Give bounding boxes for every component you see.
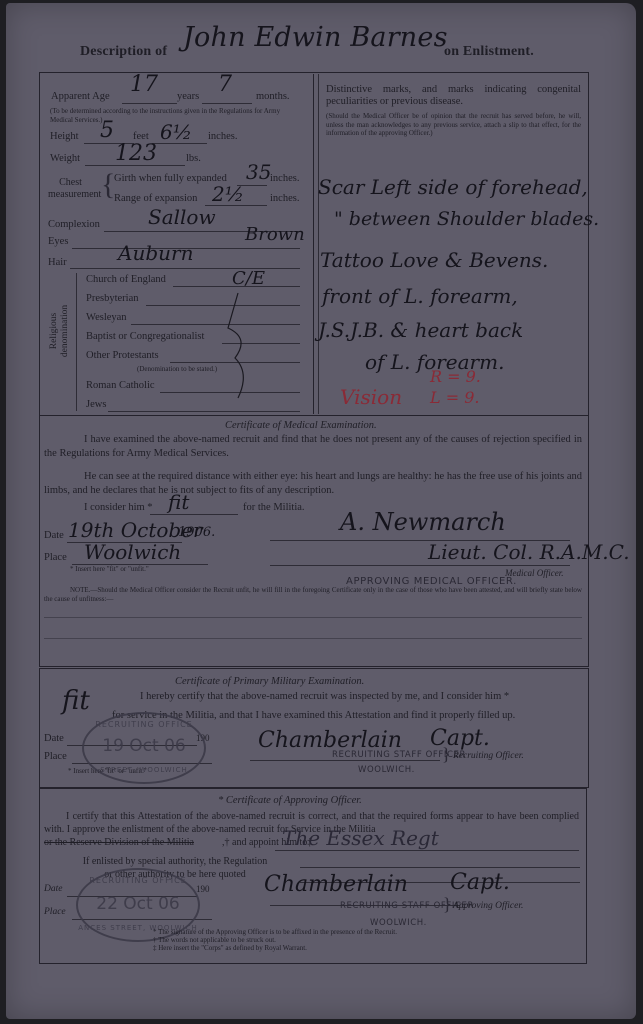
religion-label: Baptist or Congregationalist — [86, 331, 204, 342]
vision-right: R = 9. — [430, 367, 481, 386]
medical-signature-title: Lieut. Col. R.A.M.C. — [428, 540, 630, 564]
denomination-note: (Denomination to be stated.) — [137, 365, 217, 374]
lbs-label: lbs. — [186, 153, 201, 164]
marks-heading: Distinctive marks, and marks indicating … — [326, 84, 581, 108]
consider-label: I consider him * — [84, 502, 153, 513]
marks-note: (Should the Medical Officer be of opinio… — [326, 112, 581, 138]
approving-heading: * Certificate of Approving Officer. — [218, 795, 362, 806]
medical-para2: He can see at the required distance with… — [44, 470, 582, 497]
column-divider — [313, 74, 314, 414]
complexion-value: Sallow — [148, 205, 216, 229]
range-label: Range of expansion — [114, 193, 197, 204]
footnote: ‡ Here insert the "Corps" as defined by … — [153, 944, 307, 953]
recruit-name: John Edwin Barnes — [183, 22, 448, 53]
chest-label: Chest measurement — [48, 177, 93, 201]
hair-label: Hair — [48, 257, 67, 268]
months-label: months. — [256, 91, 290, 102]
vision-label: Vision — [340, 385, 402, 409]
approving-signature-rank: Capt. — [450, 870, 510, 895]
medical-heading: Certificate of Medical Examination. — [225, 420, 377, 431]
consider-value: fit — [168, 490, 189, 514]
inches-label: inches. — [208, 131, 237, 142]
weight-value: 123 — [115, 141, 157, 166]
approving-signature: Chamberlain — [264, 872, 408, 897]
religion-side-label: Religious denomination — [49, 291, 71, 371]
marks-line: " between Shoulder blades. — [334, 208, 599, 230]
column-divider-2 — [318, 74, 319, 414]
years-label: years — [177, 91, 199, 102]
vision-left: L = 9. — [430, 388, 479, 407]
weight-label: Weight — [50, 153, 80, 164]
marks-line: Tattoo Love & Bevens. — [320, 248, 548, 272]
appoint-value: The Essex Regt — [282, 826, 439, 850]
eyes-value: Brown — [245, 224, 305, 245]
range-inches-label: inches. — [270, 193, 299, 204]
military-fit-value: fit — [62, 686, 90, 716]
recruiting-officer-label: Recruiting Officer. — [453, 751, 524, 761]
military-signature-rank: Capt. — [430, 726, 490, 751]
girth-label: Girth when fully expanded — [114, 173, 227, 184]
height-feet-value: 5 — [100, 118, 114, 143]
range-value: 2½ — [212, 182, 244, 206]
height-inches-value: 6½ — [160, 120, 192, 144]
complexion-label: Complexion — [48, 219, 100, 230]
approving-struck-text: or the Reserve Division of the Militia — [44, 837, 194, 848]
military-rubber-place: WOOLWICH. — [358, 765, 415, 775]
religion-label: Wesleyan — [86, 312, 127, 323]
title-prefix: Description of — [80, 44, 167, 60]
religion-label: Roman Catholic — [86, 380, 155, 391]
approving-officer-label: Approving Officer. — [453, 901, 523, 911]
recruiting-office-date-stamp: RECRUITING OFFICE 19 Oct 06 STREET, WOOL… — [82, 712, 206, 784]
girth-value: 35 — [246, 160, 271, 184]
age-months-value: 7 — [218, 72, 232, 97]
stamp-date: 22 Oct 06 — [78, 894, 198, 914]
religion-label: Presbyterian — [86, 293, 139, 304]
marks-line: Scar Left side of forehead, — [318, 175, 588, 199]
medical-date-label: Date — [44, 530, 64, 541]
medical-year-value: 1906. — [178, 525, 215, 540]
approving-year-prefix: 190 — [196, 884, 210, 894]
medical-place-value: Woolwich — [84, 540, 181, 564]
medical-place-label: Place — [44, 552, 67, 563]
military-heading: Certificate of Primary Military Examinat… — [175, 676, 364, 687]
military-para: I hereby certify that the above-named re… — [140, 690, 582, 704]
religion-label: Jews — [86, 399, 106, 410]
ditto-strokes — [220, 288, 260, 408]
eyes-label: Eyes — [48, 236, 68, 247]
approving-brace: } — [443, 894, 452, 915]
height-label: Height — [50, 131, 79, 142]
medical-para1: I have examined the above-named recruit … — [44, 433, 582, 460]
for-militia-label: for the Militia. — [243, 502, 305, 513]
medical-insert-note: * Insert here "fit" or "unfit." — [70, 565, 149, 574]
approving-date-label: Date — [44, 884, 62, 894]
stamp-date: 19 Oct 06 — [84, 736, 204, 756]
age-years-value: 17 — [130, 72, 158, 97]
military-date-label: Date — [44, 733, 64, 744]
medical-signature: A. Newmarch — [340, 508, 506, 536]
document-title: Description of John Edwin Barnes on Enli… — [78, 44, 578, 74]
approving-rubber-place: WOOLWICH. — [370, 918, 427, 928]
girth-inches-label: inches. — [270, 173, 299, 184]
military-brace: } — [442, 744, 451, 765]
marks-line: J.S.J.B. & heart back — [318, 318, 523, 342]
medical-note: NOTE.—Should the Medical Officer conside… — [44, 586, 582, 603]
apparent-age-label: Apparent Age — [51, 91, 110, 102]
title-suffix: on Enlistment. — [444, 44, 534, 60]
marks-line: front of L. forearm, — [322, 284, 518, 308]
religion-value: C/E — [232, 268, 265, 289]
religion-bracket — [76, 273, 77, 411]
military-place-label: Place — [44, 751, 67, 762]
religion-label: Other Protestants — [86, 350, 159, 361]
approving-place-label: Place — [44, 907, 66, 917]
hair-value: Auburn — [118, 241, 193, 265]
religion-label: Church of England — [86, 274, 166, 285]
